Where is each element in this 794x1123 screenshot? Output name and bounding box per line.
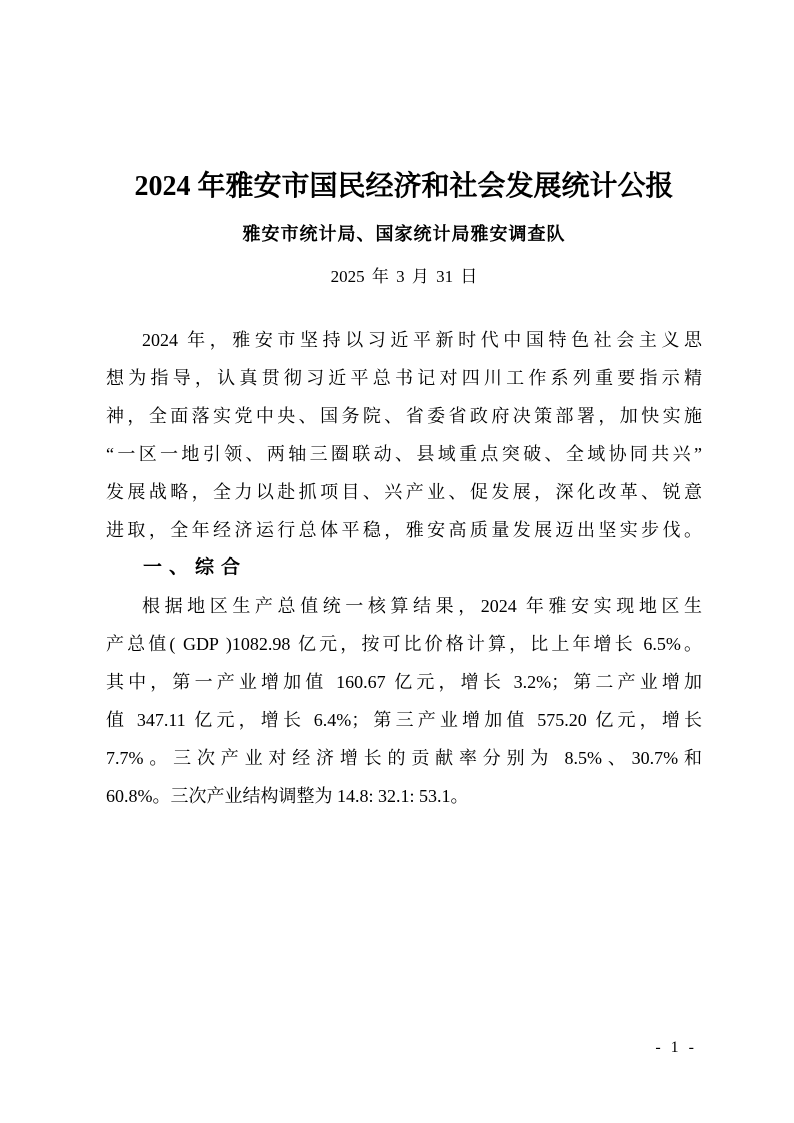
text-line: 值 347.11 亿元，增长 6.4%；第三产业增加值 575.20 亿元，增长 [106, 701, 702, 739]
text-line: 神，全面落实党中央、国务院、省委省政府决策部署，加快实施 [106, 397, 702, 435]
text-line: 进取，全年经济运行总体平稳，雅安高质量发展迈出坚实步伐。 [106, 511, 702, 549]
text-line: 想为指导，认真贯彻习近平总书记对四川工作系列重要指示精 [106, 359, 702, 397]
text-line: 7.7%。三次产业对经济增长的贡献率分别为 8.5%、30.7%和 [106, 739, 702, 777]
document-date: 2025 年 3 月 31 日 [106, 264, 702, 290]
text-line: 2024 年，雅安市坚持以习近平新时代中国特色社会主义思 [106, 321, 702, 359]
text-line: “一区一地引领、两轴三圈联动、县域重点突破、全域协同共兴” [106, 435, 702, 473]
page-number: - 1 - [655, 1038, 697, 1058]
text-line: 60.8%。三次产业结构调整为 14.8: 32.1: 53.1。 [106, 777, 702, 815]
text-line: 产总值( GDP )1082.98 亿元，按可比价格计算，比上年增长 6.5%。 [106, 625, 702, 663]
text-line: 根据地区生产总值统一核算结果，2024 年雅安实现地区生 [106, 587, 702, 625]
paragraph-gdp: 根据地区生产总值统一核算结果，2024 年雅安实现地区生产总值( GDP )10… [106, 587, 702, 815]
document-page: 2024 年雅安市国民经济和社会发展统计公报 雅安市统计局、国家统计局雅安调查队… [0, 0, 794, 1123]
text-line: 发展战略，全力以赴抓项目、兴产业、促发展，深化改革、锐意 [106, 473, 702, 511]
section-heading-1: 一、综合 [106, 549, 702, 587]
document-title: 2024 年雅安市国民经济和社会发展统计公报 [106, 166, 702, 208]
document-body: 2024 年，雅安市坚持以习近平新时代中国特色社会主义思想为指导，认真贯彻习近平… [106, 321, 702, 815]
text-line: 其中，第一产业增加值 160.67 亿元，增长 3.2%；第二产业增加 [106, 663, 702, 701]
paragraph-overview: 2024 年，雅安市坚持以习近平新时代中国特色社会主义思想为指导，认真贯彻习近平… [106, 321, 702, 549]
document-issuer: 雅安市统计局、国家统计局雅安调查队 [106, 221, 702, 247]
